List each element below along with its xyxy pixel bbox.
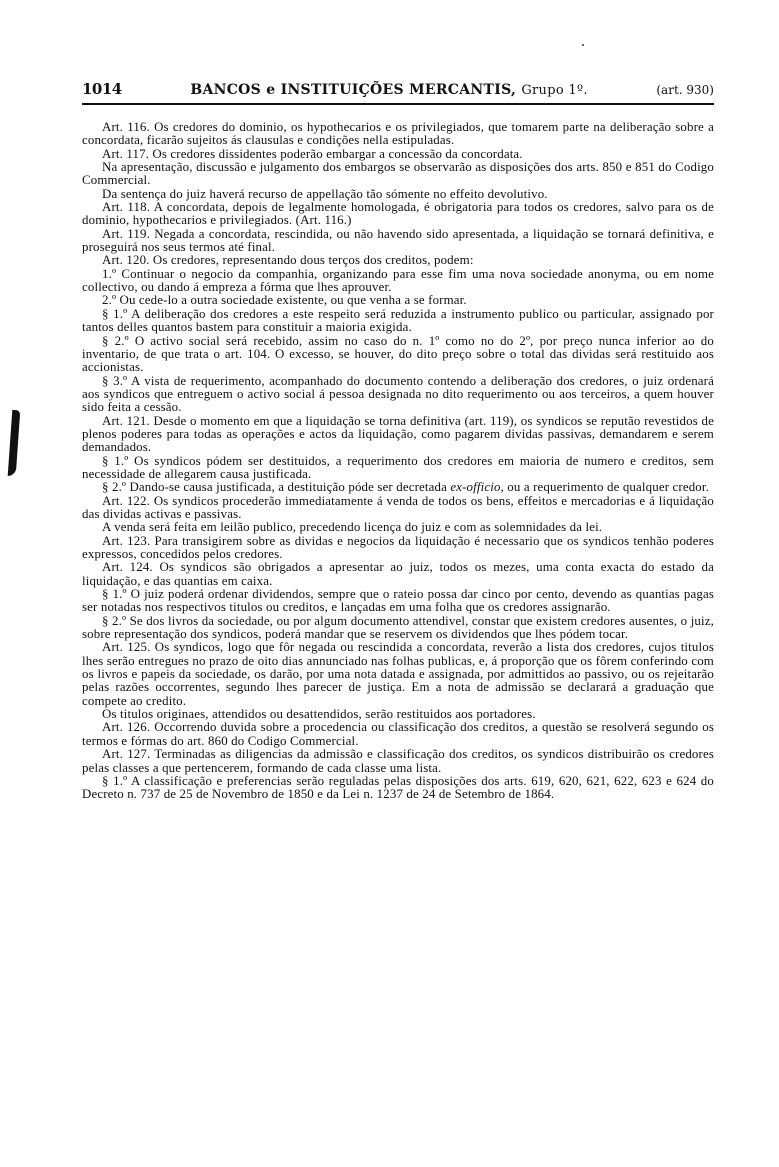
paragraph-art-127-par-1: § 1.º A classificação e preferencias ser…	[82, 775, 714, 802]
paragraph-art-116: Art. 116. Os credores do dominio, os hyp…	[82, 121, 714, 148]
paragraph-text: § 2.º Dando-se causa justificada, a dest…	[102, 480, 450, 494]
running-title-text: BANCOS e INSTITUIÇÕES MERCANTIS,	[190, 82, 516, 98]
paragraph-text: , ou a requerimento de qualquer credor.	[501, 480, 709, 494]
paragraph-art-123: Art. 123. Para transigirem sobre as divi…	[82, 535, 714, 562]
paragraph-art-119: Art. 119. Negada a concordata, rescindid…	[82, 228, 714, 255]
paragraph-art-120-par-3: § 3.º A vista de requerimento, acompanha…	[82, 375, 714, 415]
article-reference: (art. 930)	[656, 83, 714, 97]
paragraph-art-127: Art. 127. Terminadas as diligencias da a…	[82, 748, 714, 775]
document-body: Art. 116. Os credores do dominio, os hyp…	[82, 121, 714, 802]
running-title-group: Grupo 1º.	[521, 83, 587, 98]
paragraph-art-121: Art. 121. Desde o momento em que a liqui…	[82, 415, 714, 455]
paragraph-art-126: Art. 126. Occorrendo duvida sobre a proc…	[82, 721, 714, 748]
paragraph-art-120-item-2: 2.º Ou cede-lo a outra sociedade existen…	[82, 294, 714, 307]
paragraph-art-120-par-1: § 1.º A deliberação dos credores a este …	[82, 308, 714, 335]
paragraph-art-124-par-1: § 1.º O juiz poderá ordenar dividendos, …	[82, 588, 714, 615]
paragraph-art-117-appellacao: Da sentença do juiz haverá recurso de ap…	[82, 188, 714, 201]
paragraph-art-121-par-1: § 1.º Os syndicos pódem ser destituidos,…	[82, 455, 714, 482]
paragraph-art-121-par-2: § 2.º Dando-se causa justificada, a dest…	[82, 481, 714, 494]
paragraph-art-122-leilao: A venda será feita em leilão publico, pr…	[82, 521, 714, 534]
paragraph-art-117-embargos: Na apresentação, discussão e julgamento …	[82, 161, 714, 188]
paragraph-art-122: Art. 122. Os syndicos procederão immedia…	[82, 495, 714, 522]
document-page: 1014 BANCOS e INSTITUIÇÕES MERCANTIS, Gr…	[82, 80, 714, 802]
paragraph-art-120-par-2: § 2.º O activo social será recebido, ass…	[82, 335, 714, 375]
paragraph-art-124: Art. 124. Os syndicos são obrigados a ap…	[82, 561, 714, 588]
header-rule	[82, 103, 714, 105]
scan-ink-blot	[8, 410, 21, 476]
paragraph-art-120: Art. 120. Os credores, representando dou…	[82, 254, 714, 267]
scan-speck	[582, 44, 584, 46]
running-title: BANCOS e INSTITUIÇÕES MERCANTIS, Grupo 1…	[190, 82, 588, 98]
paragraph-art-120-item-1: 1.º Continuar o negocio da companhia, or…	[82, 268, 714, 295]
running-header: 1014 BANCOS e INSTITUIÇÕES MERCANTIS, Gr…	[82, 80, 714, 100]
paragraph-art-118: Art. 118. A concordata, depois de legalm…	[82, 201, 714, 228]
paragraph-art-125-titulos: Os titulos originaes, attendidos ou desa…	[82, 708, 714, 721]
italic-term: ex-officio	[450, 480, 500, 494]
paragraph-art-124-par-2: § 2.º Se dos livros da sociedade, ou por…	[82, 615, 714, 642]
paragraph-art-117: Art. 117. Os credores dissidentes poderã…	[82, 148, 714, 161]
page-number: 1014	[82, 80, 122, 98]
paragraph-art-125: Art. 125. Os syndicos, logo que fôr nega…	[82, 641, 714, 708]
